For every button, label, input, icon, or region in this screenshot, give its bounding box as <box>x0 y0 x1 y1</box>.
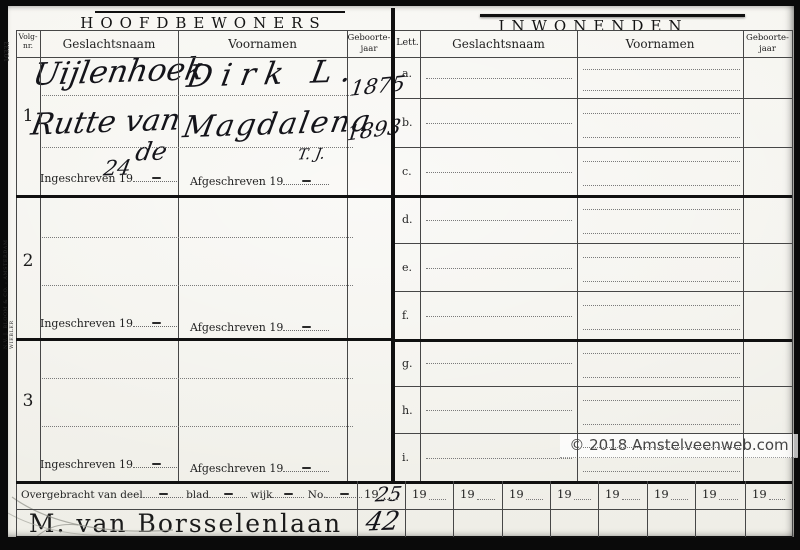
lett-label: f. <box>402 309 409 322</box>
handwriting-birthyear-1: 1875 <box>349 71 407 100</box>
dotted-rule <box>583 471 740 472</box>
grid-line <box>16 536 792 538</box>
lett-label: a. <box>402 67 412 80</box>
dotted-rule <box>583 69 740 70</box>
year-cell-label: 19 <box>364 487 379 501</box>
lett-label: e. <box>402 261 412 274</box>
copyright-watermark: © 2018 Amstelveenweb.com <box>560 434 798 458</box>
colheader-lett: Lett. <box>395 37 420 48</box>
year-cell-label: 19 <box>509 487 524 501</box>
ingeschreven-text-3: Ingeschreven 19 <box>40 458 133 471</box>
dotted-rule <box>477 499 495 500</box>
grid-line <box>16 30 17 537</box>
colheader-geboortejaar-right: Geboorte-jaar <box>743 33 792 54</box>
ingeschreven-text-2: Ingeschreven 19 <box>40 317 133 330</box>
lett-label: h. <box>402 404 413 417</box>
colheader-volgnr-line1: Volg- <box>19 32 38 41</box>
scanned-register-card: { "scan": { "registry_number": "10333", … <box>0 0 800 550</box>
lett-label: g. <box>402 357 413 370</box>
dotted-rule <box>583 233 740 234</box>
dotted-rule <box>426 458 572 459</box>
grid-line <box>395 386 792 387</box>
colheader-volgnr: Volg-nr. <box>16 32 40 51</box>
lett-label: i. <box>402 451 409 464</box>
dotted-rule <box>769 499 785 500</box>
grid-line <box>391 8 395 481</box>
dotted-rule <box>583 329 740 330</box>
afgeschreven-label-1: Afgeschreven 19 <box>190 174 329 188</box>
afgeschreven-dots-3 <box>283 461 329 472</box>
grid-line <box>695 481 696 537</box>
grid-line <box>357 481 358 537</box>
grid-line <box>16 509 792 510</box>
dotted-rule <box>42 378 353 379</box>
grid-line <box>347 30 348 481</box>
grid-line <box>550 481 551 537</box>
grid-line <box>395 339 792 342</box>
dotted-rule <box>583 161 740 162</box>
grid-line <box>16 57 792 58</box>
printer-imprint: N.V. J. BLOOM & CO. : AMSTERDAM WIEBLER <box>3 184 15 349</box>
dotted-rule <box>583 113 740 114</box>
afgeschreven-text-3: Afgeschreven 19 <box>190 462 283 475</box>
dotted-rule <box>583 209 740 210</box>
dotted-rule <box>583 137 740 138</box>
grid-line <box>40 30 41 481</box>
grid-line <box>502 481 503 537</box>
afgeschreven-label-3: Afgeschreven 19 <box>190 461 329 475</box>
dotted-rule <box>583 257 740 258</box>
dotted-rule <box>583 377 740 378</box>
grid-line <box>16 195 391 198</box>
year-cell-label: 19 <box>654 487 669 501</box>
dotted-rule <box>42 285 353 286</box>
handwriting-givenname-1: Dirk L. <box>184 53 363 95</box>
no-label: No. <box>308 489 327 501</box>
ingeschreven-dots-2 <box>133 316 179 327</box>
dotted-rule <box>426 78 572 79</box>
afgeschreven-text-2: Afgeschreven 19 <box>190 321 283 334</box>
wijk-label: wijk <box>250 489 272 501</box>
dotted-rule <box>574 499 591 500</box>
grid-line <box>598 481 599 537</box>
ingeschreven-text-1: Ingeschreven 19 <box>40 172 133 185</box>
dotted-rule <box>622 499 640 500</box>
grid-line <box>16 481 792 484</box>
dotted-rule <box>583 447 740 448</box>
dotted-rule <box>526 499 543 500</box>
ingeschreven-label-3: Ingeschreven 19 <box>40 457 179 471</box>
year-cell-label: 19 <box>557 487 572 501</box>
grid-line <box>395 98 792 99</box>
dotted-rule <box>426 363 572 364</box>
dotted-rule <box>381 499 398 500</box>
afgeschreven-text-1: Afgeschreven 19 <box>190 175 283 188</box>
ingeschreven-label-1: Ingeschreven 19 <box>40 171 179 185</box>
colheader-geslachtsnaam-left: Geslachtsnaam <box>40 37 178 51</box>
dotted-rule <box>583 185 740 186</box>
dotted-rule <box>426 410 572 411</box>
dotted-rule <box>583 424 740 425</box>
grid-line <box>745 481 746 537</box>
paper-sheet: 10333 N.V. J. BLOOM & CO. : AMSTERDAM WI… <box>8 6 794 537</box>
volgnr-3: 3 <box>16 391 40 411</box>
colheader-geboortejaar-right-line1: Geboorte- <box>746 33 789 43</box>
dotted-rule <box>583 400 740 401</box>
ingeschreven-dots-3 <box>133 457 179 468</box>
printer-imprint-line1: WIEBLER <box>9 184 15 349</box>
year-cell-label: 19 <box>702 487 717 501</box>
dotted-rule <box>671 499 688 500</box>
year-cell-label: 19 <box>752 487 767 501</box>
colheader-voornamen-left: Voornamen <box>178 37 347 51</box>
grid-line <box>395 195 792 198</box>
dotted-rule <box>583 90 740 91</box>
pencil-marks <box>8 483 218 537</box>
dotted-rule <box>583 353 740 354</box>
grid-line <box>405 481 406 537</box>
afgeschreven-label-2: Afgeschreven 19 <box>190 320 329 334</box>
colheader-geboortejaar-left-line1: Geboorte- <box>348 33 391 43</box>
colheader-volgnr-line2: nr. <box>23 41 33 50</box>
dotted-rule <box>42 237 353 238</box>
dotted-rule <box>426 268 572 269</box>
colheader-voornamen-right: Voornamen <box>577 37 743 51</box>
dotted-rule <box>426 123 572 124</box>
grid-line <box>792 30 793 537</box>
lett-label: c. <box>402 165 412 178</box>
year-cell-label: 19 <box>412 487 427 501</box>
lett-label: b. <box>402 116 413 129</box>
grid-line <box>395 147 792 148</box>
handwriting-surname-2-continued: de <box>133 136 169 166</box>
grid-line <box>395 433 792 434</box>
ingeschreven-label-2: Ingeschreven 19 <box>40 316 179 330</box>
grid-line <box>395 243 792 244</box>
afgeschreven-dots-2 <box>283 320 329 331</box>
dotted-rule <box>42 147 353 148</box>
dotted-rule <box>426 172 572 173</box>
volgnr-2: 2 <box>16 251 40 271</box>
grid-line <box>395 291 792 292</box>
year-cell-label: 19 <box>605 487 620 501</box>
afgeschreven-dots-1 <box>283 174 329 185</box>
dotted-rule <box>719 499 738 500</box>
registry-number-vertical: 10333 <box>3 18 11 62</box>
dotted-rule <box>426 316 572 317</box>
colheader-geslachtsnaam-right: Geslachtsnaam <box>420 37 577 51</box>
year-cell-label: 19 <box>460 487 475 501</box>
grid-line <box>16 30 792 31</box>
overgebracht-dots-3 <box>272 487 304 498</box>
ingeschreven-dots-1 <box>133 171 179 182</box>
dotted-rule <box>42 95 353 96</box>
grid-line <box>647 481 648 537</box>
dotted-rule <box>42 426 353 427</box>
dotted-rule <box>429 499 446 500</box>
colheader-geboortejaar-right-line2: jaar <box>759 44 776 54</box>
grid-line <box>16 338 391 341</box>
dotted-rule <box>426 220 572 221</box>
dotted-rule <box>583 281 740 282</box>
colheader-geboortejaar-left: Geboorte-jaar <box>347 33 391 54</box>
title-rule-left <box>95 11 345 13</box>
dotted-rule <box>583 305 740 306</box>
inwonenden-title: INWONENDEN <box>395 17 792 35</box>
grid-line <box>453 481 454 537</box>
lett-label: d. <box>402 213 413 226</box>
grid-line <box>178 30 179 481</box>
handwriting-house-number: 42 <box>363 506 402 537</box>
